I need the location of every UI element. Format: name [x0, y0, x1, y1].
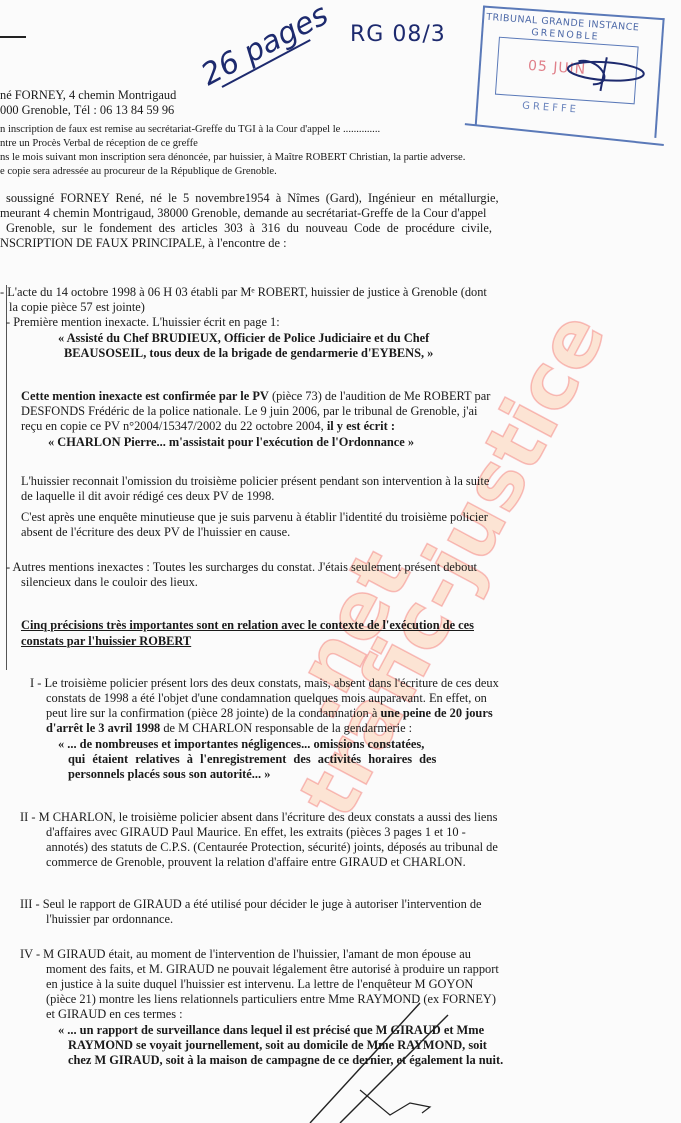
margin-rule	[6, 285, 7, 670]
intro-line: Grenoble, sur le fondement des articles …	[6, 221, 492, 235]
quote-line: « Assisté du Chef BRUDIEUX, Officier de …	[58, 331, 429, 345]
initials-scribble-icon	[556, 50, 649, 96]
header-rule	[0, 36, 26, 38]
point-ii-line: II - M CHARLON, le troisième policier ab…	[20, 810, 497, 824]
point-i-bold: d'arrêt le 3 avril 1998	[46, 721, 160, 735]
quote-line: « ... de nombreuses et importantes négli…	[58, 737, 424, 751]
quote-line: « CHARLON Pierre... m'assistait pour l'e…	[48, 435, 414, 449]
point-i-text: de M CHARLON responsable de la gendarmer…	[160, 721, 412, 735]
point-iv-line: moment des faits, et M. GIRAUD ne pouvai…	[46, 962, 499, 976]
handwritten-reference: RG 08/3	[350, 22, 446, 47]
confirmation-line: reçu en copie ce PV n°2004/15347/2002 du…	[21, 419, 395, 433]
sender-phone: 000 Grenoble, Tél : 06 13 84 59 96	[0, 103, 174, 117]
note-line: n inscription de faux est remise au secr…	[0, 123, 380, 137]
quote-line: personnels placés sous son autorité... »	[68, 767, 270, 781]
confirmation-text: reçu en copie ce PV n°2004/15347/2002 du…	[21, 419, 327, 433]
intro-line: NSCRIPTION DE FAUX PRINCIPALE, à l'encon…	[0, 236, 287, 250]
signature-icon	[300, 995, 460, 1123]
point-i-bold: une peine de 20 jours	[380, 706, 492, 720]
note-line: e copie sera adressée au procureur de la…	[0, 165, 277, 179]
point-i-line: peut lire sur la confirmation (pièce 28 …	[46, 706, 493, 720]
paragraph-line: C'est après une enquête minutieuse que j…	[21, 510, 488, 524]
intro-line: meurant 4 chemin Montrigaud, 38000 Greno…	[0, 206, 486, 220]
point-ii-line: annotés) des statuts de C.P.S. (Centauré…	[46, 840, 498, 854]
point-iii-line: III - Seul le rapport de GIRAUD a été ut…	[20, 897, 482, 911]
act-line: la copie pièce 57 est jointe)	[9, 300, 145, 314]
first-mention: - Première mention inexacte. L'huissier …	[6, 315, 280, 329]
quote-line: BEAUSOSEIL, tous deux de la brigade de g…	[64, 346, 433, 360]
point-i-text: peut lire sur la confirmation (pièce 28 …	[46, 706, 380, 720]
point-iv-line: et GIRAUD en ces termes :	[46, 1007, 183, 1021]
point-i-line: constats de 1998 a été l'objet d'une con…	[46, 691, 487, 705]
paragraph-line: silencieux dans le couloir des lieux.	[21, 575, 198, 589]
sender-address: né FORNEY, 4 chemin Montrigaud	[0, 88, 176, 102]
intro-line: soussigné FORNEY René, né le 5 novembre1…	[6, 191, 499, 205]
point-ii-line: commerce de Grenoble, prouvent la relati…	[46, 855, 466, 869]
court-stamp: TRIBUNAL GRANDE INSTANCE GRENOBLE 05 JUI…	[473, 6, 672, 159]
confirmation-bold: il y est écrit :	[327, 419, 395, 433]
section-heading: constats par l'huissier ROBERT	[21, 634, 191, 648]
paragraph-line: de laquelle il dit avoir rédigé ces deux…	[21, 489, 274, 503]
note-line: ns le mois suivant mon inscription sera …	[0, 151, 465, 165]
quote-line: qui étaient relatives à l'enregistrement…	[68, 752, 436, 766]
point-i-line: d'arrêt le 3 avril 1998 de M CHARLON res…	[46, 721, 412, 735]
point-i-line: I - Le troisième policier présent lors d…	[30, 676, 499, 690]
handwritten-page-count: 26 pages	[196, 0, 335, 93]
paragraph-line: L'huissier reconnait l'omission du trois…	[21, 474, 489, 488]
scanned-document-page: 26 pages RG 08/3 TRIBUNAL GRANDE INSTANC…	[0, 0, 681, 1123]
act-text: L'acte du 14 octobre 1998 à 06 H 03 étab…	[7, 285, 487, 299]
confirmation-text: (pièce 73) de l'audition de Me ROBERT pa…	[269, 389, 490, 403]
point-iv-line: en justice à la suite duquel l'huissier …	[46, 977, 473, 991]
confirmation-bold: Cette mention inexacte est confirmée par…	[21, 389, 269, 403]
section-heading: Cinq précisions très importantes sont en…	[21, 618, 474, 632]
note-line: ntre un Procès Verbal de réception de ce…	[0, 137, 198, 151]
point-ii-line: d'affaires avec GIRAUD Paul Maurice. En …	[46, 825, 466, 839]
point-iii-line: l'huissier par ordonnance.	[46, 912, 173, 926]
confirmation-line: Cette mention inexacte est confirmée par…	[21, 389, 490, 403]
stamp-date-box: 05 JUIN	[495, 37, 639, 105]
paragraph-line: - Autres mentions inexactes : Toutes les…	[6, 560, 477, 574]
confirmation-line: DESFONDS Frédéric de la police nationale…	[21, 404, 477, 418]
paragraph-line: absent de l'écriture des deux PV de l'hu…	[21, 525, 290, 539]
point-iv-line: IV - M GIRAUD était, au moment de l'inte…	[20, 947, 471, 961]
act-line: - L'acte du 14 octobre 1998 à 06 H 03 ét…	[0, 285, 487, 299]
